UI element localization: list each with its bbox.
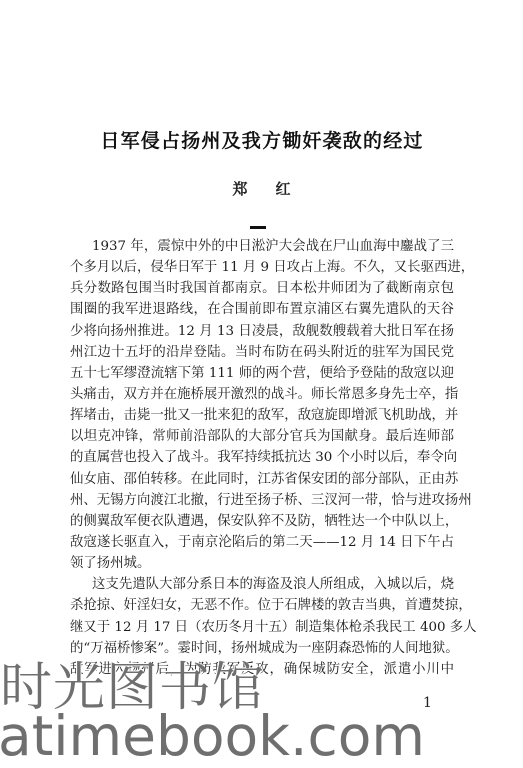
author-byline: 郑红: [0, 178, 523, 199]
text-line: 以坦克冲锋，常师前沿部队的大部分官兵为国献身。最后连师部: [70, 426, 454, 447]
text-line: 的侧翼敌军便衣队遭遇，保安队猝不及防，牺牲达一个中队以上，: [70, 511, 454, 532]
text-line: 少将向扬州推进。12 月 13 日凌晨，敌舰数艘载着大批日军在扬: [70, 321, 454, 342]
author-given-name: 红: [276, 180, 291, 198]
text-line: 这支先遣队大部分系日本的海盗及浪人所组成，入城以后，烧: [70, 574, 454, 595]
text-line: 敌寇遂长驱直入，于南京沦陷后的第二天——12 月 14 日下午占: [70, 532, 454, 553]
text-line: 州、无锡方向渡江北撤，行进至扬子桥、三汊河一带，恰与进攻扬州: [70, 490, 454, 511]
text-line: 继又于 12 月 17 日（农历冬月十五）制造集体枪杀我民工 400 多人: [70, 617, 454, 638]
text-line: 杀抢掠、奸淫妇女，无恶不作。位于石牌楼的敦吉当典，首遭焚掠，: [70, 595, 454, 616]
watermark-url: atimebook.com: [0, 704, 425, 768]
text-line: 州江边十五圩的沿岸登陆。当时布防在码头附近的驻军为国民党: [70, 342, 454, 363]
text-line: 的直属营也投入了战斗。我军持续抵抗达 30 个小时以后，奉令向: [70, 447, 454, 468]
text-line: 五十七军缪澄流辖下第 111 师的两个营，便给予登陆的敌寇以迎: [70, 363, 454, 384]
text-line: 头痛击，双方并在施桥展开激烈的战斗。师长常恩多身先士卒，指: [70, 384, 454, 405]
author-surname: 郑: [232, 180, 247, 198]
text-line: 个多月以后，侵华日军于 11 月 9 日攻占上海。不久，又长驱西进，: [70, 257, 454, 278]
text-line: 领了扬州城。: [70, 553, 454, 574]
book-page: 日军侵占扬州及我方锄奸袭敌的经过 郑红 1937 年，震惊中外的中日淞沪大会战在…: [0, 0, 523, 768]
article-title: 日军侵占扬州及我方锄奸袭敌的经过: [96, 126, 428, 153]
article-body: 1937 年，震惊中外的中日淞沪大会战在尸山血海中鏖战了三 个多月以后，侵华日军…: [70, 236, 454, 680]
text-line: 仙女庙、邵伯转移。在此同时，江苏省保安团的部分部队，正由苏: [70, 469, 454, 490]
section-number-one: [250, 226, 266, 229]
text-line: 兵分数路包围当时我国首都南京。日本松井师团为了截断南京包: [70, 278, 454, 299]
text-line: 1937 年，震惊中外的中日淞沪大会战在尸山血海中鏖战了三: [70, 236, 454, 257]
text-line: 围圈的我军进退路线，在合围前即布置京浦区右翼先遣队的天谷: [70, 299, 454, 320]
text-line: 挥堵击，击毙一批又一批来犯的敌军，敌寇旋即增派飞机助战，并: [70, 405, 454, 426]
